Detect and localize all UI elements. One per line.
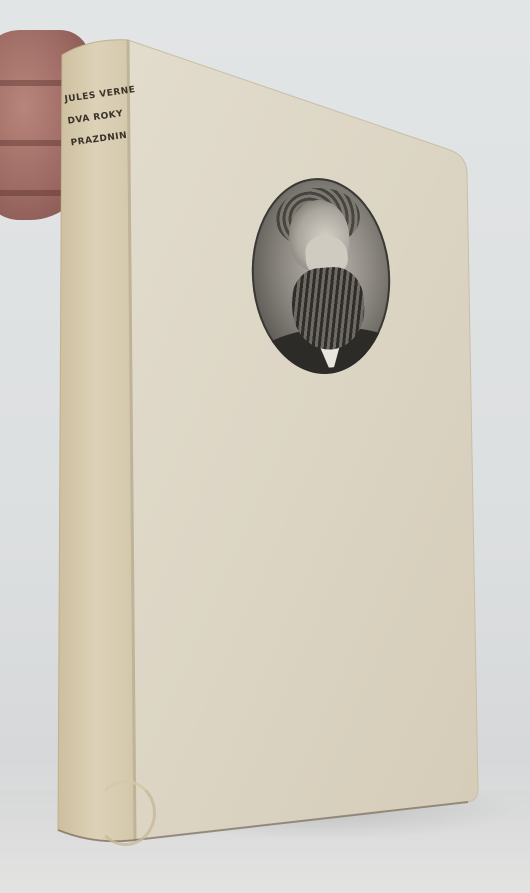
spine-title-line-2: PRAZDNIN [70, 130, 135, 149]
spine-title: JULES VERNE DVA ROKY PRAZDNIN [64, 86, 137, 160]
book: JULES VERNE DVA ROKY PRAZDNIN [0, 0, 530, 893]
spine-title-line-1: DVA ROKY [67, 108, 132, 127]
twine-loop [95, 780, 156, 846]
